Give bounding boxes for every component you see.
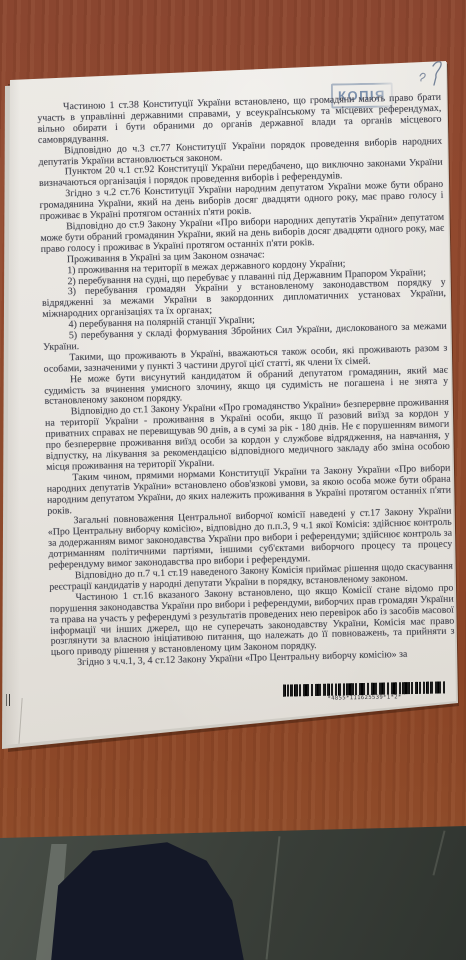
floor-tile-seam — [266, 836, 281, 960]
photo-of-document: КОПІЯ Частиною 1 ст.38 Конституції Украї… — [0, 0, 466, 960]
document-body: Частиною 1 ст.38 Конституції України вст… — [37, 93, 455, 670]
handwritten-page-number — [413, 58, 449, 92]
document-paragraph: Частиною 1 ст.16 вказаного Закону встано… — [49, 583, 455, 659]
barcode-block: *4855*111625539*1*2* — [283, 681, 446, 702]
document-paragraph: Відповідно до ст.1 Закону України «Про г… — [45, 398, 451, 474]
floor-tile-seam — [432, 830, 445, 875]
floor — [0, 822, 466, 960]
